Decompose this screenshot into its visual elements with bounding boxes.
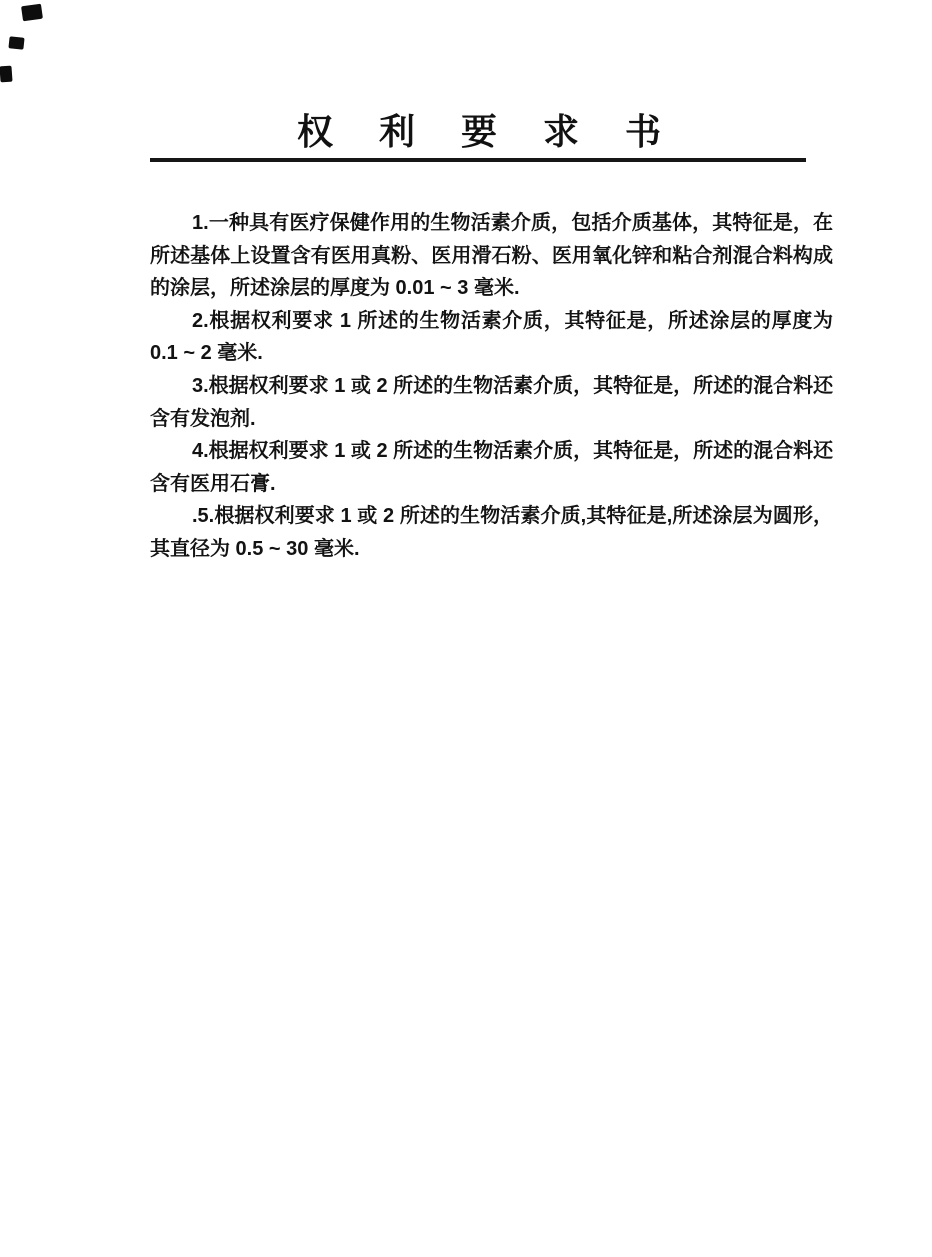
scan-artifact-mark: [8, 36, 24, 50]
claim-5-line-2: 其直径为 0.5 ~ 30 毫米.: [150, 533, 833, 566]
claim-3-line-2: 含有发泡剂.: [150, 403, 833, 436]
patent-claims-page: 权利要求书 1.一种具有医疗保健作用的生物活素介质，包括介质基体，其特征是，在所…: [0, 0, 932, 1257]
scan-artifact-mark: [21, 4, 43, 22]
claim-4-line-1: 4.根据权利要求 1 或 2 所述的生物活素介质，其特征是，所述的混合料还: [150, 435, 833, 468]
claim-2-line-2: 0.1 ~ 2 毫米.: [150, 337, 833, 370]
claim-4-line-2: 含有医用石膏.: [150, 468, 833, 501]
claim-5-line-1: .5.根据权利要求 1 或 2 所述的生物活素介质,其特征是,所述涂层为圆形，: [150, 500, 833, 533]
claim-1-line-2: 所述基体上设置含有医用真粉、医用滑石粉、医用氧化锌和粘合剂混合料构成: [150, 240, 833, 273]
page-title: 权利要求书: [150, 110, 808, 154]
scan-artifact-mark: [0, 66, 13, 83]
claim-2-line-1: 2.根据权利要求 1 所述的生物活素介质，其特征是，所述涂层的厚度为: [150, 305, 833, 338]
claims-text-block: 1.一种具有医疗保健作用的生物活素介质，包括介质基体，其特征是，在所述基体上设置…: [150, 207, 833, 566]
claim-1-line-3: 的涂层，所述涂层的厚度为 0.01 ~ 3 毫米.: [150, 272, 833, 305]
claim-3-line-1: 3.根据权利要求 1 或 2 所述的生物活素介质，其特征是，所述的混合料还: [150, 370, 833, 403]
claim-1-line-1: 1.一种具有医疗保健作用的生物活素介质，包括介质基体，其特征是，在: [150, 207, 833, 240]
title-underline: [150, 158, 806, 162]
